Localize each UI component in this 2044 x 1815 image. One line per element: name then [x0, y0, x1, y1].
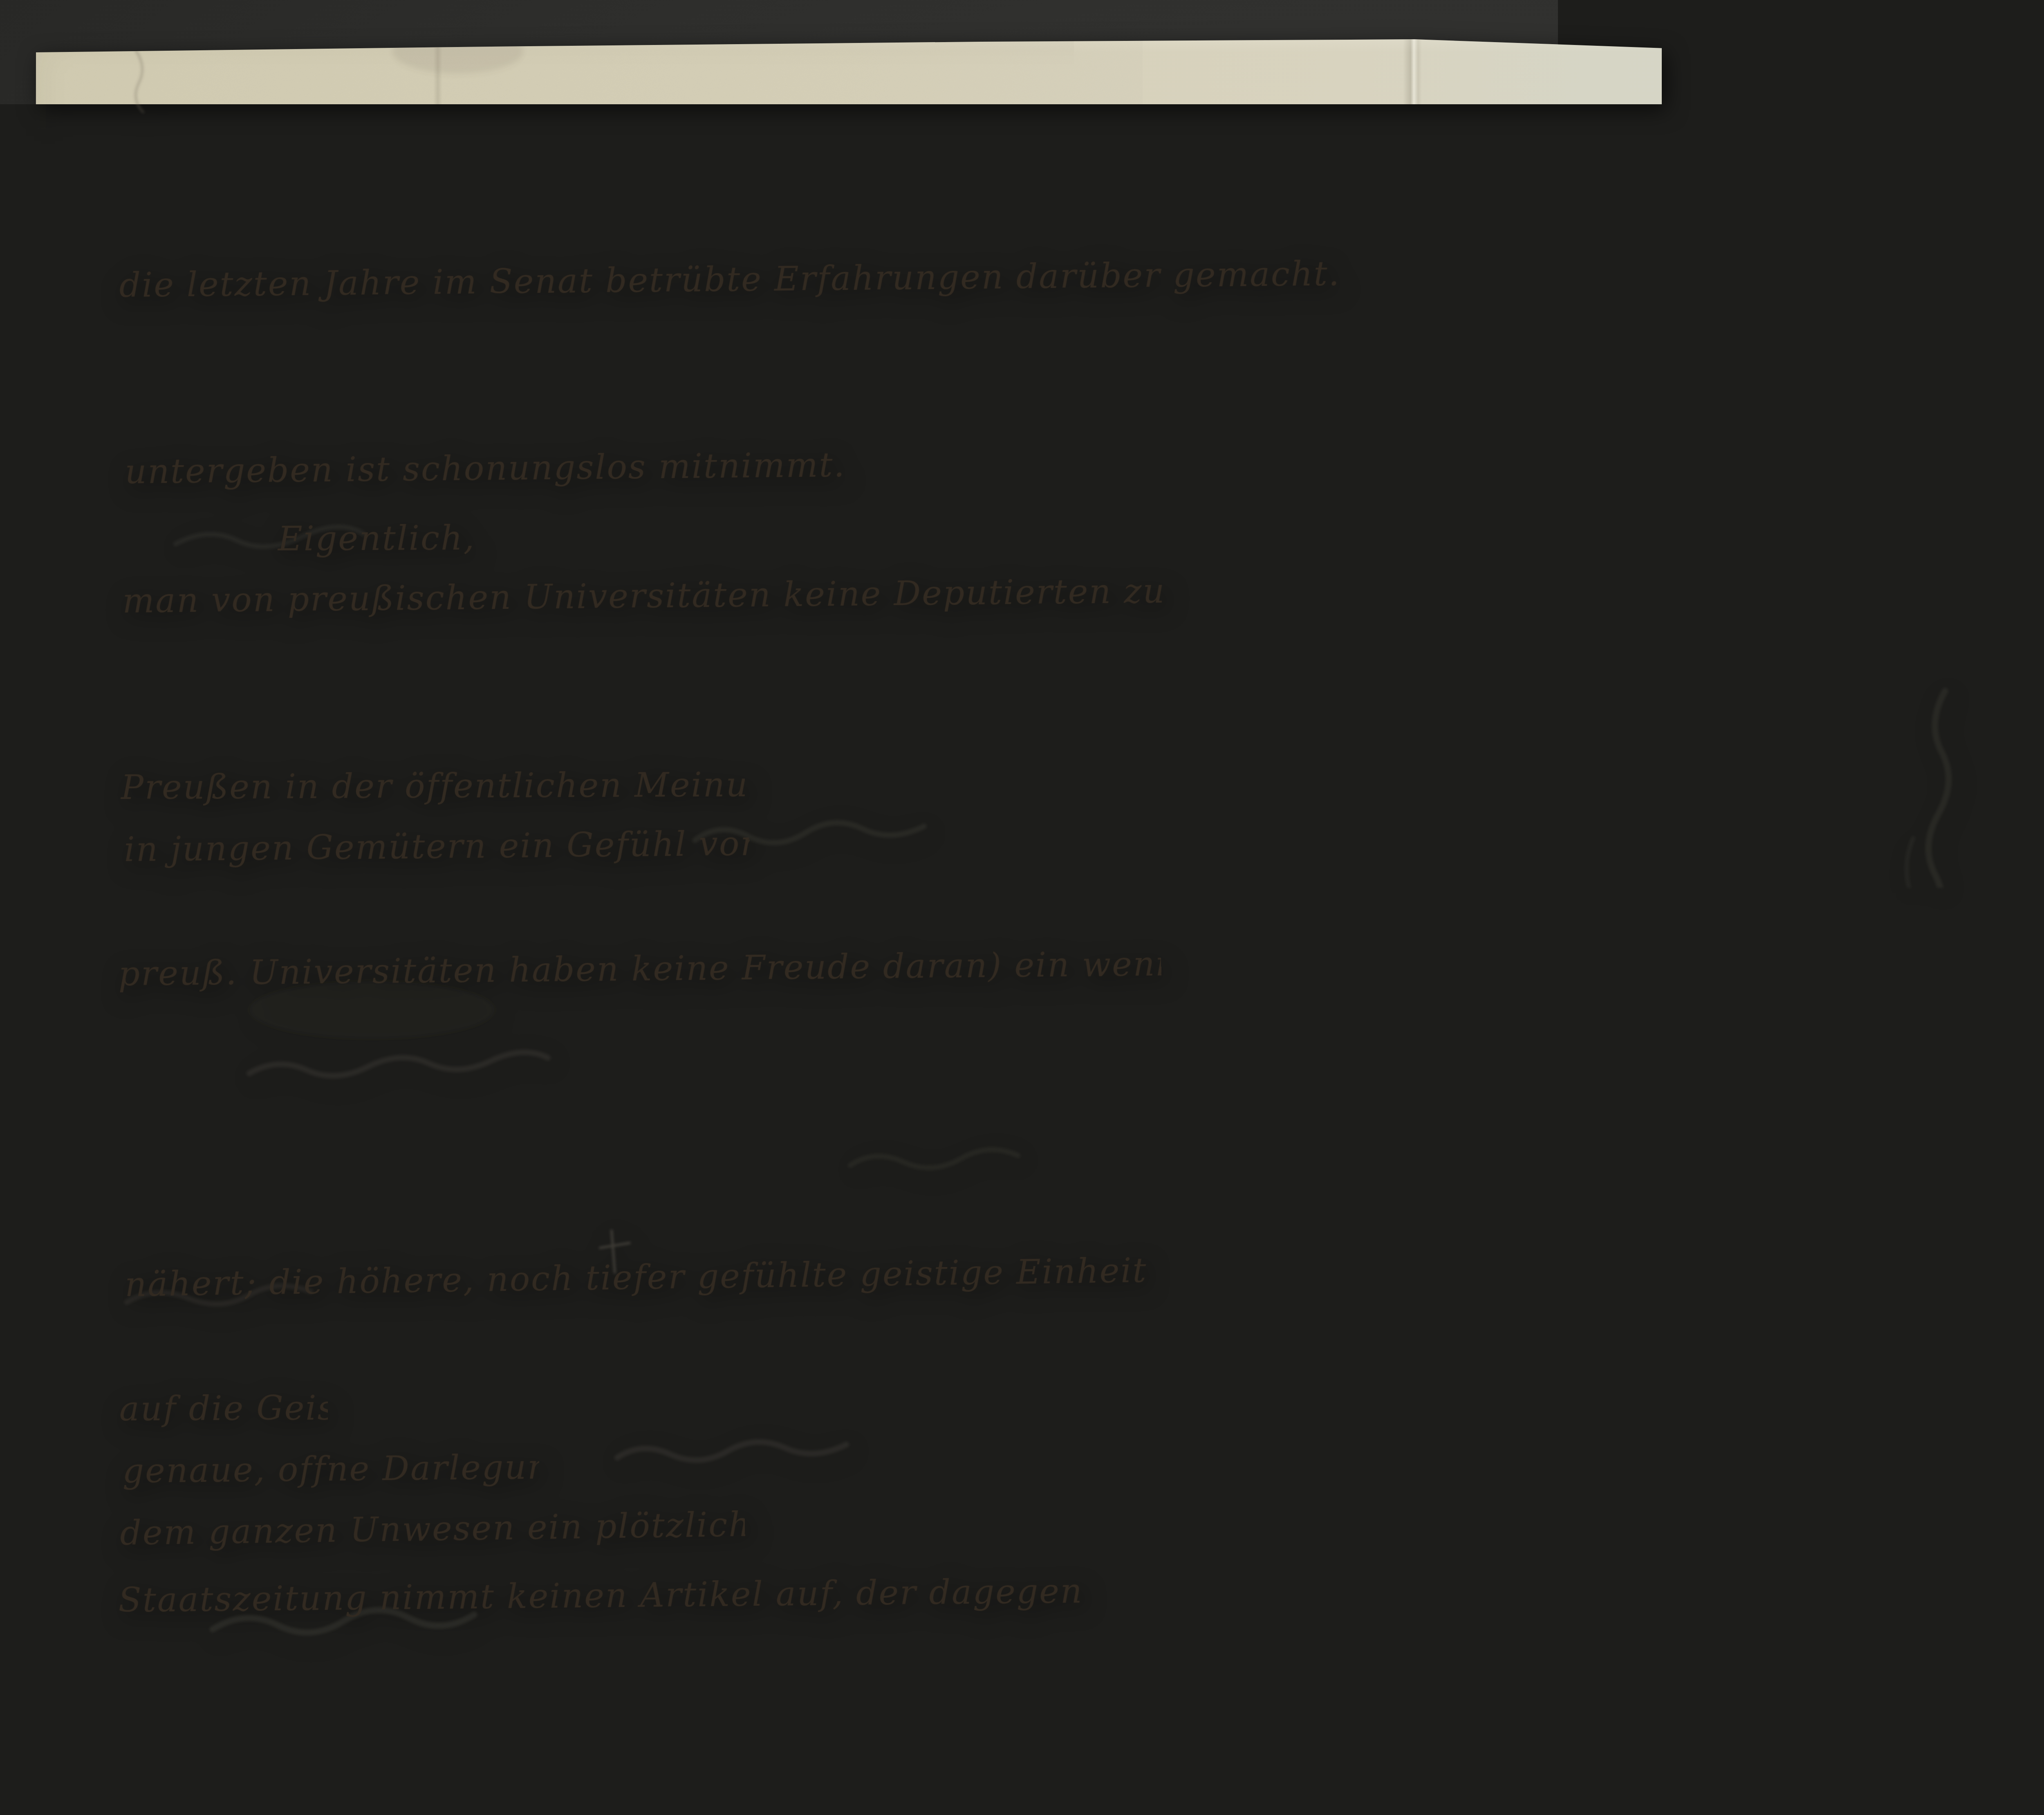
scan-mat-background: herzige kleinlichste Verfolgung alles de…	[0, 0, 2044, 1815]
paper-sheet-wrapper: herzige kleinlichste Verfolgung alles de…	[0, 0, 2044, 1815]
letter-sheet: herzige kleinlichste Verfolgung alles de…	[0, 0, 2044, 1815]
paper-edge-vignette	[0, 0, 2044, 1815]
